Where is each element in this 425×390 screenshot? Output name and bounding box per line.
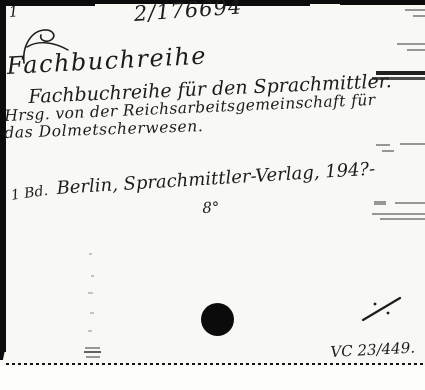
scan-artifact: [372, 213, 425, 215]
scan-artifact: [407, 49, 425, 51]
scan-artifact: [376, 144, 390, 146]
scan-artifact: [90, 312, 94, 314]
scan-edge-top-segment: [340, 0, 425, 5]
scan-artifact: [89, 253, 92, 255]
scan-artifact: [86, 356, 100, 358]
corner-number: 1: [8, 2, 19, 21]
scan-artifact: [374, 201, 386, 205]
scan-artifact: [405, 9, 425, 11]
scan-artifact: [88, 330, 92, 332]
scan-artifact: [84, 351, 101, 353]
scan-artifact: [413, 15, 425, 17]
scan-background: [0, 366, 425, 390]
catalog-card-scan: 1 2/176694 Fachbuchreihe Fachbuchreihe f…: [0, 0, 425, 390]
scan-artifact: [88, 292, 93, 294]
cancel-slash-icon: [360, 294, 404, 324]
card-bottom-edge: [6, 363, 425, 365]
scan-artifact: [382, 150, 394, 152]
scan-artifact: [91, 275, 94, 277]
scan-artifact: [372, 77, 425, 80]
punch-hole-icon: [201, 303, 234, 336]
scan-artifact: [395, 202, 425, 204]
scan-artifact: [85, 347, 100, 349]
scan-artifact: [397, 43, 425, 45]
format-note: 8°: [202, 198, 220, 217]
scan-artifact: [400, 143, 425, 145]
scan-artifact: [380, 218, 425, 220]
scan-artifact: [376, 71, 425, 75]
